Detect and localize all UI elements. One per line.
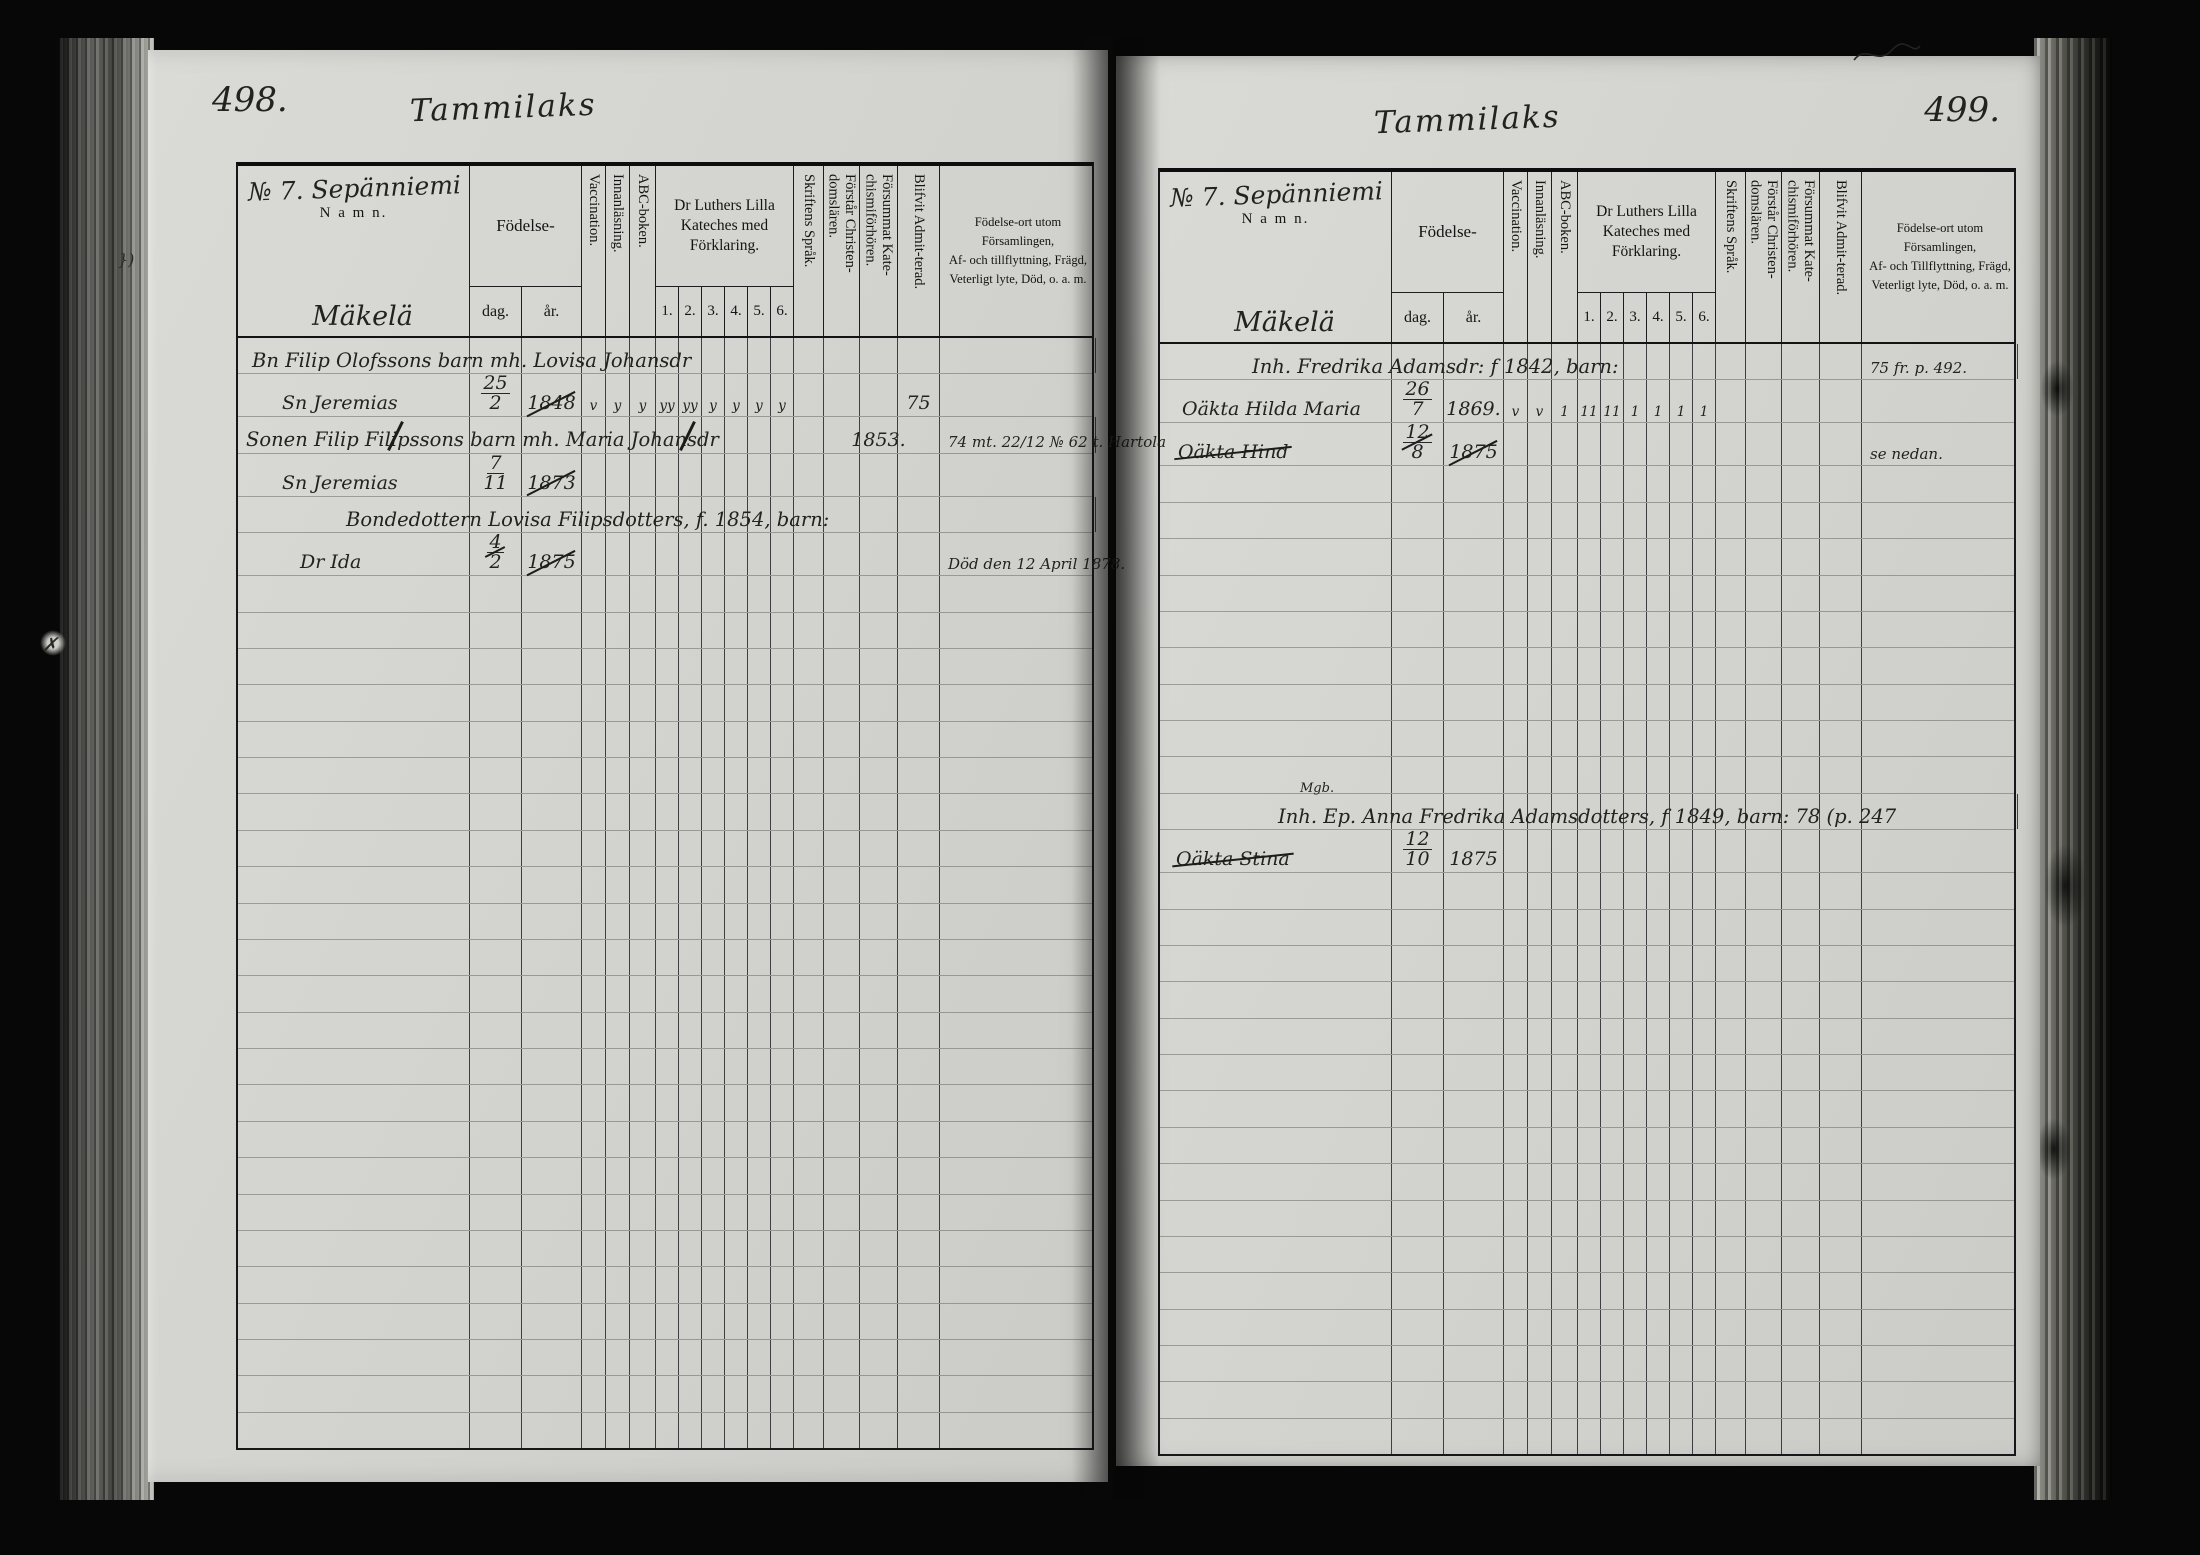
handwritten-entry: v <box>1512 406 1520 420</box>
notes-cell <box>1862 466 2018 501</box>
vaccination-cell <box>1504 1019 1528 1054</box>
scripture-cell <box>794 940 824 975</box>
understands-christianity-header: Förstår Christen-domslären. <box>1746 172 1782 342</box>
abc-cell <box>1552 576 1578 611</box>
catechism-col-6: 6. <box>1693 292 1716 342</box>
table-row <box>1160 1019 2014 1055</box>
catechism-5-cell: 1 <box>1670 380 1693 422</box>
table-row <box>1160 1346 2014 1382</box>
vaccination-cell <box>582 1122 606 1157</box>
abc-cell <box>630 1304 656 1339</box>
catechism-2-cell: 11 <box>1601 380 1624 422</box>
table-row: Oäkta Stina12101875 <box>1160 830 2014 873</box>
scripture-cell <box>794 1195 824 1230</box>
missed-cell <box>860 758 898 793</box>
catechism-1-cell <box>1578 1310 1601 1345</box>
birth-day-cell <box>470 758 522 793</box>
handwritten-entry: yy <box>659 400 674 414</box>
birth-day-cell <box>1392 1201 1444 1236</box>
understands-cell <box>824 940 860 975</box>
name-cell <box>238 1340 470 1375</box>
catechism-2-cell <box>1601 946 1624 981</box>
catechism-1-cell <box>1578 1019 1601 1054</box>
catechism-6-cell <box>1693 648 1716 683</box>
understands-cell <box>824 1013 860 1048</box>
understands-cell <box>1746 612 1782 647</box>
catechism-col-5: 5. <box>748 286 771 336</box>
notes-cell <box>940 1304 1096 1339</box>
catechism-1-cell <box>656 1013 679 1048</box>
catechism-5-cell <box>1670 946 1693 981</box>
notes-cell <box>1862 1273 2018 1308</box>
catechism-6-cell <box>1693 344 1716 379</box>
abc-cell <box>1552 648 1578 683</box>
catechism-4-cell <box>725 1376 748 1411</box>
reading-cell <box>606 1085 630 1120</box>
missed-cell <box>1782 1273 1820 1308</box>
scripture-cell <box>794 649 824 684</box>
catechism-4-cell <box>725 1267 748 1302</box>
reading-cell <box>606 454 630 496</box>
understands-cell <box>1746 1310 1782 1345</box>
missed-cell <box>1782 982 1820 1017</box>
name-cell <box>238 613 470 648</box>
catechism-5-cell <box>748 904 771 939</box>
catechism-1-cell <box>1578 576 1601 611</box>
notes-cell <box>1862 1164 2018 1199</box>
catechism-5-cell <box>1670 423 1693 465</box>
missed-cell <box>860 722 898 757</box>
abc-cell <box>1552 1164 1578 1199</box>
catechism-6-cell <box>771 794 794 829</box>
handwritten-entry: Sn Jeremias <box>282 474 398 493</box>
notes-cell: Död den 12 April 1878. <box>940 533 1096 575</box>
catechism-3-cell <box>1624 1055 1647 1090</box>
table-row: Bondedottern Lovisa Filipsdotters, f. 18… <box>238 497 1092 533</box>
handwritten-entry: Död den 12 April 1878. <box>940 557 1125 572</box>
understands-cell <box>824 1304 860 1339</box>
abc-cell <box>630 1376 656 1411</box>
catechism-1-cell <box>1578 873 1601 908</box>
catechism-4-cell: y <box>725 374 748 416</box>
catechism-col-1: 1. <box>656 286 679 336</box>
catechism-4-cell <box>725 1158 748 1193</box>
admitted-cell <box>1820 648 1862 683</box>
catechism-4-cell <box>1647 1237 1670 1272</box>
missed-cell <box>1782 503 1820 538</box>
notes-cell <box>940 1376 1096 1411</box>
birth-year-cell <box>1444 1164 1504 1199</box>
catechism-3-cell <box>1624 910 1647 945</box>
scripture-cell <box>1716 685 1746 720</box>
handwritten-entry: 1210 <box>1403 830 1431 869</box>
notes-cell <box>1862 873 2018 908</box>
catechism-5-cell <box>748 867 771 902</box>
catechism-5-cell <box>1670 612 1693 647</box>
catechism-4-cell <box>725 722 748 757</box>
name-cell <box>238 685 470 720</box>
abc-cell <box>1552 830 1578 872</box>
missed-cell <box>860 1376 898 1411</box>
birth-day-cell <box>1392 539 1444 574</box>
catechism-1-cell <box>656 613 679 648</box>
admitted-cell <box>898 1122 940 1157</box>
catechism-5-cell <box>1670 1237 1693 1272</box>
catechism-5-cell: y <box>748 374 771 416</box>
understands-cell <box>1746 1128 1782 1163</box>
vaccination-cell <box>582 1195 606 1230</box>
catechism-2-cell <box>1601 685 1624 720</box>
reading-cell <box>606 722 630 757</box>
name-cell: Oäkta Stina <box>1160 830 1392 872</box>
name-cell <box>1160 1273 1392 1308</box>
scripture-cell <box>794 1122 824 1157</box>
catechism-5-cell <box>748 1195 771 1230</box>
catechism-1-cell <box>1578 503 1601 538</box>
notes-cell: se nedan. <box>1862 423 2018 465</box>
catechism-3-cell <box>1624 685 1647 720</box>
admitted-cell <box>898 1376 940 1411</box>
catechism-2-cell <box>679 1376 702 1411</box>
missed-cell <box>860 613 898 648</box>
catechism-2-cell <box>1601 466 1624 501</box>
catechism-col-4: 4. <box>725 286 748 336</box>
abc-cell <box>630 976 656 1011</box>
reading-cell <box>1528 1091 1552 1126</box>
birth-day-cell <box>470 831 522 866</box>
reading-cell <box>1528 423 1552 465</box>
reading-cell <box>606 533 630 575</box>
name-cell <box>1160 1310 1392 1345</box>
abc-cell <box>1552 946 1578 981</box>
birth-year-cell <box>522 1158 582 1193</box>
catechism-2-cell <box>1601 1128 1624 1163</box>
admitted-cell <box>898 1231 940 1266</box>
vaccination-cell <box>1504 1164 1528 1199</box>
understands-cell <box>1746 1019 1782 1054</box>
catechism-3-cell: y <box>702 374 725 416</box>
handwritten-entry: v <box>1536 406 1544 420</box>
table-row <box>238 1049 1092 1085</box>
catechism-3-cell <box>702 940 725 975</box>
catechism-3-cell <box>1624 1237 1647 1272</box>
birth-year-cell <box>1444 539 1504 574</box>
birth-year-cell: 1875 <box>1444 830 1504 872</box>
catechism-3-cell <box>702 576 725 611</box>
handwritten-entry: 711 <box>483 454 507 493</box>
table-row <box>1160 982 2014 1018</box>
catechism-4-cell <box>1647 612 1670 647</box>
scripture-cell <box>794 1413 824 1448</box>
scripture-cell <box>794 374 824 416</box>
table-row <box>238 1376 1092 1412</box>
scripture-cell <box>1716 982 1746 1017</box>
catechism-4-cell <box>1647 910 1670 945</box>
catechism-3-cell <box>702 533 725 575</box>
scripture-cell <box>794 613 824 648</box>
catechism-2-cell <box>679 576 702 611</box>
understands-cell <box>1746 910 1782 945</box>
missed-cell <box>1782 1164 1820 1199</box>
table-header: № 7. Sepänniemi N a m n. Mäkelä Födelse-… <box>1160 172 2014 344</box>
name-cell <box>1160 1382 1392 1417</box>
admitted-cell <box>1820 946 1862 981</box>
catechism-1-cell <box>1578 721 1601 756</box>
name-cell <box>1160 1237 1392 1272</box>
catechism-3-cell <box>702 338 725 373</box>
handwritten-entry: 1848 <box>527 394 575 413</box>
abc-cell <box>630 1195 656 1230</box>
table-row <box>238 1413 1092 1448</box>
catechism-3-cell <box>702 1195 725 1230</box>
admitted-cell <box>898 794 940 829</box>
abc-cell <box>1552 1273 1578 1308</box>
name-cell <box>1160 576 1392 611</box>
catechism-6-cell <box>771 1376 794 1411</box>
birth-year-cell <box>522 1304 582 1339</box>
missed-cell <box>860 904 898 939</box>
missed-cell <box>1782 576 1820 611</box>
birth-year-cell <box>522 794 582 829</box>
birth-day-cell <box>470 722 522 757</box>
vaccination-cell <box>1504 466 1528 501</box>
catechism-5-cell <box>748 1413 771 1448</box>
notes-cell <box>1862 576 2018 611</box>
missed-cell <box>860 1158 898 1193</box>
admitted-cell <box>1820 380 1862 422</box>
catechism-4-cell <box>1647 873 1670 908</box>
reading-cell <box>606 1158 630 1193</box>
scripture-cell <box>1716 1091 1746 1126</box>
catechism-4-cell <box>725 533 748 575</box>
admitted-cell <box>1820 757 1862 792</box>
abc-cell <box>630 533 656 575</box>
catechism-3-cell: 1 <box>1624 380 1647 422</box>
notes-header: Födelse-ort utom Församlingen,Af- och ti… <box>940 166 1096 336</box>
catechism-5-cell <box>1670 757 1693 792</box>
abc-cell <box>1552 466 1578 501</box>
catechism-4-cell <box>725 1122 748 1157</box>
catechism-4-cell <box>1647 423 1670 465</box>
reading-cell <box>1528 1237 1552 1272</box>
notes-cell <box>1862 1091 2018 1126</box>
catechism-4-cell <box>1647 946 1670 981</box>
name-cell <box>238 576 470 611</box>
catechism-6-cell <box>1693 1091 1716 1126</box>
admitted-cell <box>1820 576 1862 611</box>
name-cell <box>1160 873 1392 908</box>
vaccination-cell <box>1504 1201 1528 1236</box>
scripture-cell <box>1716 1201 1746 1236</box>
reading-cell <box>1528 946 1552 981</box>
notes-cell <box>940 649 1096 684</box>
abc-cell <box>1552 1382 1578 1417</box>
catechism-3-cell <box>702 1085 725 1120</box>
catechism-4-cell <box>725 1340 748 1375</box>
scripture-cell <box>1716 503 1746 538</box>
name-cell <box>1160 685 1392 720</box>
catechism-2-cell <box>1601 648 1624 683</box>
missed-cell <box>1782 1310 1820 1345</box>
scripture-cell <box>794 867 824 902</box>
page-stack-left-edge <box>58 38 154 1500</box>
birth-year-cell: 1875 <box>1444 423 1504 465</box>
catechism-5-cell <box>748 576 771 611</box>
birth-day-cell <box>1392 757 1444 792</box>
table-row: Oäkta Hind1281875se nedan. <box>1160 423 2014 466</box>
catechism-5-cell <box>748 722 771 757</box>
catechism-1-cell <box>1578 757 1601 792</box>
catechism-2-cell <box>679 794 702 829</box>
reading-cell <box>606 1049 630 1084</box>
birth-day-cell <box>1392 1346 1444 1381</box>
scripture-cell <box>1716 380 1746 422</box>
catechism-1-cell <box>1578 1091 1601 1126</box>
catechism-1-cell <box>1578 1128 1601 1163</box>
catechism-5-cell <box>1670 1310 1693 1345</box>
catechism-2-cell <box>679 613 702 648</box>
vaccination-cell <box>1504 1346 1528 1381</box>
name-cell: Oäkta Hilda Maria <box>1160 380 1392 422</box>
admitted-header: Blifvit Admit-terad. <box>1820 172 1862 342</box>
catechism-3-cell <box>702 904 725 939</box>
catechism-3-cell <box>1624 612 1647 647</box>
birth-day-cell <box>470 576 522 611</box>
name-cell: Oäkta Hind <box>1160 423 1392 465</box>
admitted-cell <box>1820 830 1862 872</box>
catechism-6-cell <box>1693 946 1716 981</box>
table-row <box>1160 539 2014 575</box>
table-row: Bn Filip Olofssons barn mh. Lovisa Johan… <box>238 338 1092 374</box>
table-row <box>1160 1237 2014 1273</box>
notes-cell <box>1862 1055 2018 1090</box>
understands-cell <box>1746 982 1782 1017</box>
name-cell <box>1160 539 1392 574</box>
catechism-1-cell <box>656 454 679 496</box>
admitted-cell: 75 <box>898 374 940 416</box>
catechism-6-cell <box>771 533 794 575</box>
missed-cell <box>860 685 898 720</box>
understands-cell <box>1746 1273 1782 1308</box>
catechism-4-cell <box>1647 685 1670 720</box>
reading-cell <box>1528 757 1552 792</box>
missed-cell <box>1782 423 1820 465</box>
understands-cell <box>824 758 860 793</box>
catechism-6-cell <box>771 1049 794 1084</box>
catechism-4-cell <box>1647 1128 1670 1163</box>
abc-cell <box>630 613 656 648</box>
scripture-language-header: Skriftens Språk. <box>794 166 824 336</box>
birth-year-cell <box>522 1376 582 1411</box>
catechism-4-cell <box>1647 648 1670 683</box>
catechism-col-5: 5. <box>1670 292 1693 342</box>
catechism-6-cell <box>1693 1346 1716 1381</box>
catechism-1-cell <box>656 794 679 829</box>
missed-cell <box>1782 946 1820 981</box>
catechism-6-cell <box>1693 1019 1716 1054</box>
reading-cell: y <box>606 374 630 416</box>
vaccination-header: Vaccination. <box>1504 172 1528 342</box>
catechism-4-cell <box>725 976 748 1011</box>
understands-cell <box>824 976 860 1011</box>
admitted-cell <box>898 1267 940 1302</box>
admitted-cell <box>898 867 940 902</box>
pen-mark: ✗ <box>42 634 58 656</box>
notes-cell <box>940 794 1096 829</box>
birth-day-cell: 267 <box>1392 380 1444 422</box>
catechism-3-cell <box>1624 648 1647 683</box>
birth-day-cell <box>1392 1019 1444 1054</box>
birth-year-cell <box>522 1231 582 1266</box>
catechism-6-cell <box>1693 1164 1716 1199</box>
catechism-6-cell <box>771 1122 794 1157</box>
catechism-6-cell <box>1693 1237 1716 1272</box>
handwritten-entry: Dr Ida <box>300 553 361 572</box>
birth-day-cell: 1210 <box>1392 830 1444 872</box>
catechism-5-cell <box>748 417 771 452</box>
catechism-5-cell <box>748 613 771 648</box>
catechism-2-cell <box>679 1122 702 1157</box>
table-row <box>238 1304 1092 1340</box>
missed-cell <box>860 1304 898 1339</box>
admitted-cell <box>1820 1346 1862 1381</box>
catechism-4-cell <box>1647 1382 1670 1417</box>
notes-cell <box>940 374 1096 416</box>
name-cell <box>1160 1164 1392 1199</box>
missed-cell <box>860 454 898 496</box>
missed-cell <box>1782 721 1820 756</box>
catechism-1-cell <box>656 1413 679 1448</box>
admitted-cell <box>1820 1164 1862 1199</box>
admitted-cell <box>898 1340 940 1375</box>
catechism-6-cell <box>1693 830 1716 872</box>
catechism-6-cell <box>771 831 794 866</box>
name-cell <box>1160 648 1392 683</box>
handwritten-entry: 74 mt. 22/12 № 62 t. Hartola <box>940 435 1166 450</box>
missed-cell <box>1782 1346 1820 1381</box>
understands-cell <box>824 1122 860 1157</box>
missed-cell <box>860 649 898 684</box>
catechism-5-cell <box>1670 539 1693 574</box>
birth-year-cell <box>522 1085 582 1120</box>
catechism-6-cell: 1 <box>1693 380 1716 422</box>
admitted-cell <box>898 685 940 720</box>
catechism-5-cell <box>1670 1164 1693 1199</box>
catechism-6-cell <box>771 1085 794 1120</box>
table-row <box>238 1267 1092 1303</box>
catechism-2-cell <box>679 1013 702 1048</box>
notes-cell <box>1862 1019 2018 1054</box>
table-row <box>1160 1201 2014 1237</box>
missed-cell <box>1782 1091 1820 1126</box>
reading-cell <box>606 1413 630 1448</box>
handwritten-entry: 1 <box>1677 406 1686 420</box>
catechism-5-cell <box>748 940 771 975</box>
name-column-header: № 7. Sepänniemi N a m n. Mäkelä <box>1160 172 1392 342</box>
abc-cell <box>1552 1419 1578 1454</box>
catechism-6-cell <box>771 1340 794 1375</box>
vaccination-cell <box>1504 423 1528 465</box>
scripture-cell <box>794 338 824 373</box>
understands-cell <box>1746 946 1782 981</box>
catechism-1-cell <box>1578 466 1601 501</box>
catechism-4-cell <box>1647 1164 1670 1199</box>
birth-year-cell <box>522 649 582 684</box>
catechism-6-cell <box>771 1267 794 1302</box>
table-row <box>238 685 1092 721</box>
understands-cell <box>824 1049 860 1084</box>
understands-christianity-header: Förstår Christen-domslären. <box>824 166 860 336</box>
